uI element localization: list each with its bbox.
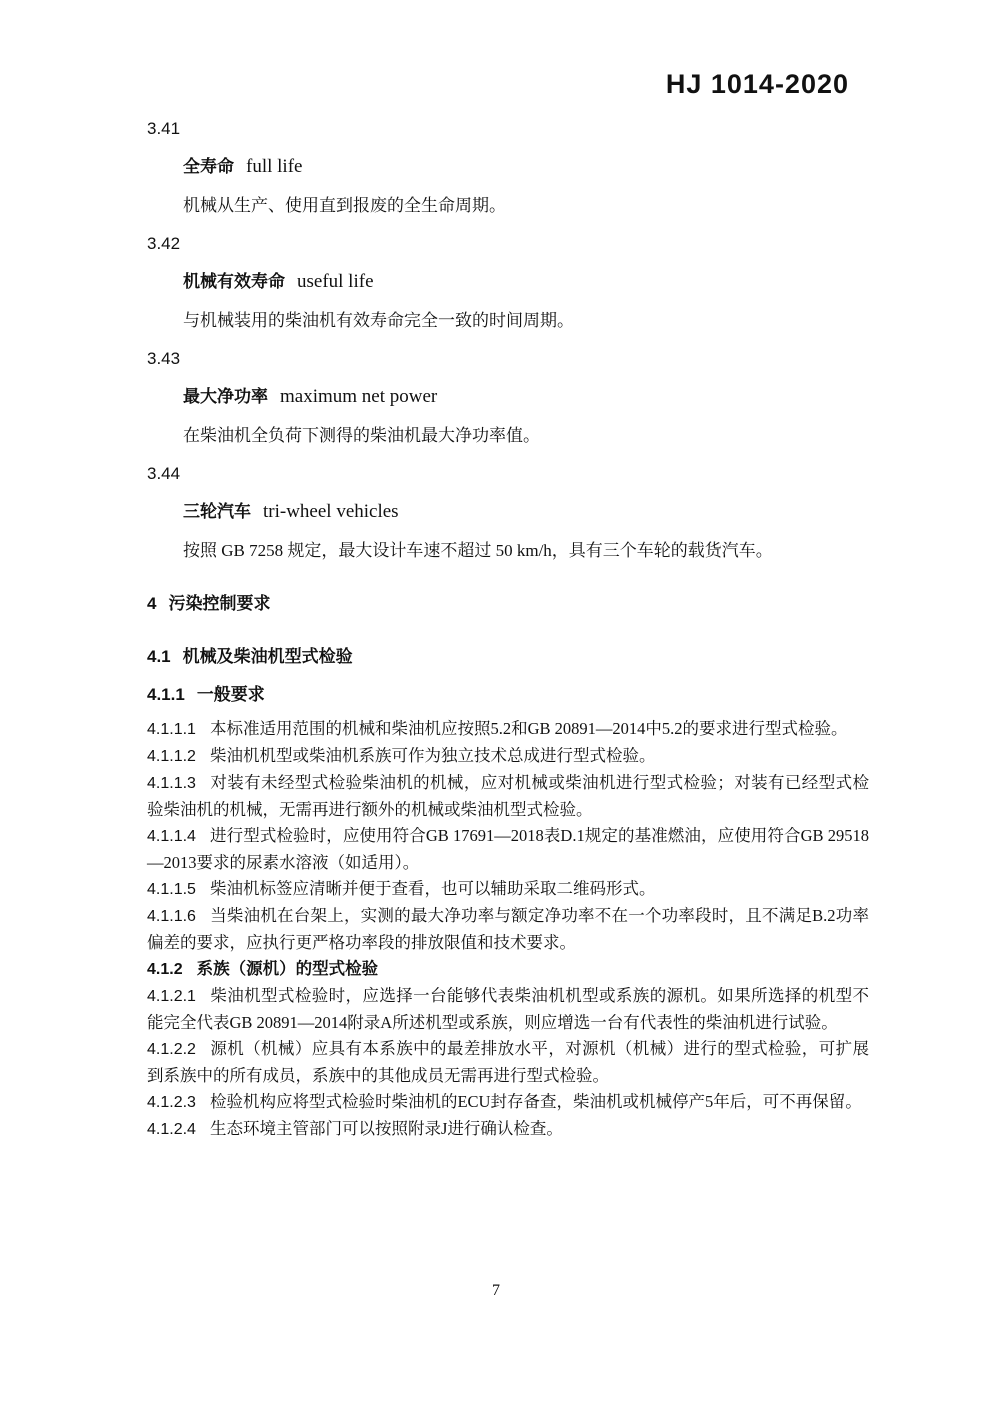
term-block-3-44: 3.44 三轮汽车tri-wheel vehicles 按照 GB 7258 规… (147, 455, 869, 570)
term-title: 机械有效寿命useful life (183, 263, 869, 302)
clause-4-1-2-2: 4.1.2.2源机（机械）应具有本系族中的最差排放水平，对源机（机械）进行的型式… (147, 1036, 869, 1089)
clause-number: 4.1.1.6 (147, 908, 196, 925)
clause-4-1-1-5: 4.1.1.5柴油机标签应清晰并便于查看，也可以辅助采取二维码形式。 (147, 876, 869, 903)
terms-section: 3.41 全寿命full life 机械从生产、使用直到报废的全生命周期。 3.… (147, 110, 869, 570)
clause-4-1-2-4: 4.1.2.4生态环境主管部门可以按照附录J进行确认检查。 (147, 1116, 869, 1143)
clause-text: 当柴油机在台架上，实测的最大净功率与额定净功率不在一个功率段时，且不满足B.2功… (147, 906, 869, 952)
term-chinese: 最大净功率 (183, 387, 268, 406)
clause-text: 本标准适用范围的机械和柴油机应按照5.2和GB 20891—2014中5.2的要… (210, 719, 848, 738)
section-heading-4-1: 4.1机械及柴油机型式检验 (147, 638, 869, 676)
clause-number: 4.1.2.2 (147, 1041, 196, 1058)
clause-list: 4.1.1.1本标准适用范围的机械和柴油机应按照5.2和GB 20891—201… (147, 716, 869, 1143)
clause-4-1-1-3: 4.1.1.3对装有未经型式检验柴油机的机械，应对机械或柴油机进行型式检验；对装… (147, 770, 869, 823)
document-code: HJ 1014-2020 (147, 66, 869, 102)
clause-number: 4.1.2.4 (147, 1121, 196, 1138)
term-block-3-43: 3.43 最大净功率maximum net power 在柴油机全负荷下测得的柴… (147, 340, 869, 455)
subsection-title: 一般要求 (197, 685, 265, 704)
clause-number: 4.1.1.4 (147, 828, 196, 845)
term-definition: 机械从生产、使用直到报废的全生命周期。 (147, 187, 869, 225)
term-definition: 与机械装用的柴油机有效寿命完全一致的时间周期。 (147, 302, 869, 340)
section-number: 4.1 (147, 647, 171, 666)
section-title: 机械及柴油机型式检验 (183, 647, 353, 666)
clause-4-1-2-3: 4.1.2.3检验机构应将型式检验时柴油机的ECU封存备查，柴油机或机械停产5年… (147, 1089, 869, 1116)
subsection-heading-4-1-1: 4.1.1一般要求 (147, 676, 869, 714)
term-block-3-41: 3.41 全寿命full life 机械从生产、使用直到报废的全生命周期。 (147, 110, 869, 225)
subsection-number: 4.1.2 (147, 961, 183, 978)
clause-4-1-1-4: 4.1.1.4进行型式检验时，应使用符合GB 17691—2018表D.1规定的… (147, 823, 869, 876)
term-number: 3.42 (147, 225, 869, 263)
term-title: 三轮汽车tri-wheel vehicles (183, 493, 869, 532)
clause-text: 检验机构应将型式检验时柴油机的ECU封存备查，柴油机或机械停产5年后，可不再保留… (210, 1092, 862, 1111)
term-english: useful life (297, 271, 374, 292)
clause-text: 进行型式检验时，应使用符合GB 17691—2018表D.1规定的基准燃油，应使… (147, 826, 869, 872)
term-number: 3.43 (147, 340, 869, 378)
term-chinese: 三轮汽车 (183, 502, 251, 521)
clause-text: 源机（机械）应具有本系族中的最差排放水平，对源机（机械）进行的型式检验，可扩展到… (147, 1039, 869, 1085)
term-chinese: 全寿命 (183, 157, 234, 176)
clause-number: 4.1.2.1 (147, 988, 196, 1005)
chapter-title: 污染控制要求 (168, 594, 270, 613)
clause-4-1-1-1: 4.1.1.1本标准适用范围的机械和柴油机应按照5.2和GB 20891—201… (147, 716, 869, 743)
subsection-title: 系族（源机）的型式检验 (197, 960, 379, 978)
clause-number: 4.1.1.2 (147, 748, 196, 765)
clause-number: 4.1.1.3 (147, 775, 196, 792)
subsection-number: 4.1.1 (147, 685, 185, 704)
page-content: HJ 1014-2020 3.41 全寿命full life 机械从生产、使用直… (147, 0, 869, 1143)
clause-text: 柴油机型式检验时，应选择一台能够代表柴油机机型或系族的源机。如果所选择的机型不能… (147, 986, 869, 1032)
clause-4-1-1-6: 4.1.1.6当柴油机在台架上，实测的最大净功率与额定净功率不在一个功率段时，且… (147, 903, 869, 956)
term-title: 全寿命full life (183, 148, 869, 187)
term-chinese: 机械有效寿命 (183, 272, 285, 291)
chapter-number: 4 (147, 594, 156, 613)
chapter-heading: 4污染控制要求 (147, 585, 869, 623)
clause-text: 对装有未经型式检验柴油机的机械，应对机械或柴油机进行型式检验；对装有已经型式检验… (147, 773, 869, 819)
subsection-heading-4-1-2: 4.1.2系族（源机）的型式检验 (147, 956, 869, 983)
clause-text: 柴油机机型或柴油机系族可作为独立技术总成进行型式检验。 (210, 746, 656, 765)
term-english: maximum net power (280, 386, 437, 407)
clause-4-1-1-2: 4.1.1.2柴油机机型或柴油机系族可作为独立技术总成进行型式检验。 (147, 743, 869, 770)
term-number: 3.41 (147, 110, 869, 148)
page-number: 7 (0, 1282, 992, 1300)
clause-text: 柴油机标签应清晰并便于查看，也可以辅助采取二维码形式。 (210, 879, 656, 898)
term-block-3-42: 3.42 机械有效寿命useful life 与机械装用的柴油机有效寿命完全一致… (147, 225, 869, 340)
term-number: 3.44 (147, 455, 869, 493)
clause-4-1-2-1: 4.1.2.1柴油机型式检验时，应选择一台能够代表柴油机机型或系族的源机。如果所… (147, 983, 869, 1036)
clause-number: 4.1.1.1 (147, 721, 196, 738)
document-page: HJ 1014-2020 3.41 全寿命full life 机械从生产、使用直… (0, 0, 992, 1403)
term-english: tri-wheel vehicles (263, 501, 399, 522)
term-title: 最大净功率maximum net power (183, 378, 869, 417)
term-definition: 在柴油机全负荷下测得的柴油机最大净功率值。 (147, 417, 869, 455)
term-definition: 按照 GB 7258 规定，最大设计车速不超过 50 km/h，具有三个车轮的载… (147, 532, 869, 570)
clause-number: 4.1.2.3 (147, 1094, 196, 1111)
clause-number: 4.1.1.5 (147, 881, 196, 898)
term-english: full life (246, 156, 302, 177)
clause-text: 生态环境主管部门可以按照附录J进行确认检查。 (210, 1119, 563, 1138)
